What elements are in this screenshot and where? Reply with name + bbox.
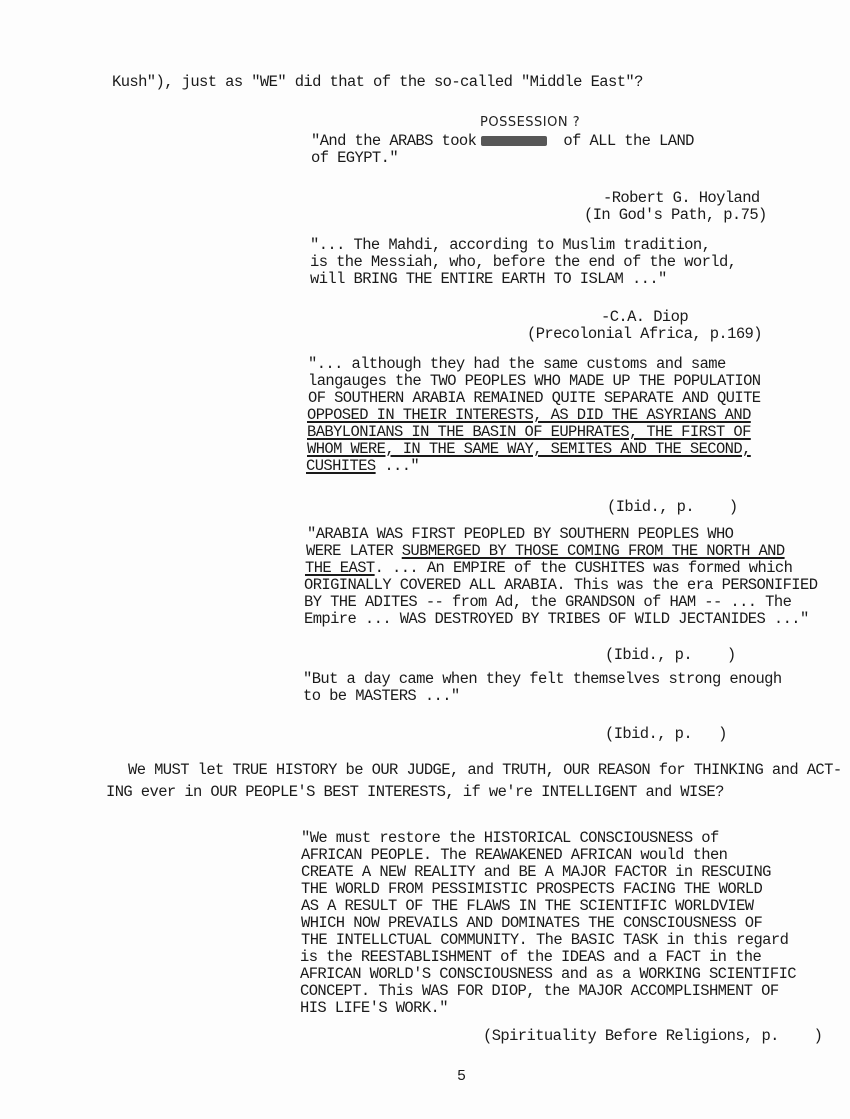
- quote6-line11: HIS LIFE'S WORK.": [300, 1000, 448, 1017]
- page-number: 5: [457, 1068, 466, 1085]
- quote6-line9: AFRICAN WORLD'S CONSCIOUSNESS and as a W…: [300, 966, 796, 983]
- quote2-line3: will BRING THE ENTIRE EARTH TO ISLAM ...…: [310, 271, 667, 288]
- quote3-line1: "... although they had the same customs …: [308, 356, 726, 373]
- quote4-line1: "ARABIA WAS FIRST PEOPLED BY SOUTHERN PE…: [307, 526, 733, 543]
- quote6-line2: AFRICAN PEOPLE. The REAWAKENED AFRICAN w…: [301, 847, 727, 864]
- document-page: Kush"), just as "WE" did that of the so-…: [0, 0, 850, 1119]
- quote4-line3-rest: . ... An EMPIRE of the CUSHITES was form…: [375, 559, 793, 577]
- quote4-line6: Empire ... WAS DESTROYED BY TRIBES OF WI…: [304, 611, 809, 628]
- quote4-source: (Ibid., p. ): [605, 647, 736, 664]
- quote3-line4-underlined: OPPOSED IN THEIR INTERESTS, AS DID THE A…: [307, 407, 751, 424]
- quote4-line4: ORIGINALLY COVERED ALL ARABIA. This was …: [304, 577, 817, 594]
- intro-line: Kush"), just as "WE" did that of the so-…: [112, 74, 643, 91]
- quote6-line4: THE WORLD FROM PESSIMISTIC PROSPECTS FAC…: [301, 881, 762, 898]
- quote2-author: -C.A. Diop: [601, 309, 688, 326]
- quote2-line2: is the Messiah, who, before the end of t…: [310, 254, 736, 271]
- quote3-underlined-word: CUSHITES: [306, 457, 376, 475]
- quote3-line6-underlined: WHOM WERE, IN THE SAME WAY, SEMITES AND …: [307, 441, 751, 458]
- quote6-line6: WHICH NOW PREVAILS AND DOMINATES THE CON…: [301, 915, 762, 932]
- paragraph-line1: We MUST let TRUE HISTORY be OUR JUDGE, a…: [128, 762, 842, 779]
- handwritten-correction: POSSESSION ?: [480, 115, 580, 130]
- quote4-line2: WERE LATER SUBMERGED BY THOSE COMING FRO…: [306, 543, 785, 560]
- quote6-line5: AS A RESULT OF THE FLAWS IN THE SCIENTIF…: [301, 898, 753, 915]
- quote5-line2: to be MASTERS ...": [303, 688, 460, 705]
- quote4-line2-underlined: SUBMERGED BY THOSE COMING FROM THE NORTH…: [402, 542, 785, 560]
- paragraph-line2: ING ever in OUR PEOPLE'S BEST INTERESTS,…: [106, 784, 724, 801]
- quote4-line3-underlined: THE EAST: [305, 559, 375, 577]
- quote3-line5-underlined: BABYLONIANS IN THE BASIN OF EUPHRATES, T…: [307, 424, 751, 441]
- quote1-author: -Robert G. Hoyland: [603, 190, 760, 207]
- quote2-line1: "... The Mahdi, according to Muslim trad…: [310, 237, 710, 254]
- quote1-line1: "And the ARABS took of ALL the LAND: [311, 133, 694, 150]
- quote3-source: (Ibid., p. ): [607, 499, 738, 516]
- quote6-source: (Spirituality Before Religions, p. ): [483, 1028, 822, 1045]
- quote3-ending: ...": [376, 457, 420, 475]
- quote4-line3: THE EAST. ... An EMPIRE of the CUSHITES …: [305, 560, 792, 577]
- quote6-line10: CONCEPT. This WAS FOR DIOP, the MAJOR AC…: [300, 983, 779, 1000]
- quote3-line3: OF SOUTHERN ARABIA REMAINED QUITE SEPARA…: [308, 390, 760, 407]
- quote4-line5: BY THE ADITES -- from Ad, the GRANDSON o…: [304, 594, 791, 611]
- quote5-line1: "But a day came when they felt themselve…: [303, 671, 782, 688]
- quote3-line7: CUSHITES ...": [306, 458, 419, 475]
- quote6-line7: THE INTELLCTUAL COMMUNITY. The BASIC TAS…: [301, 932, 788, 949]
- quote3-line2: langauges the TWO PEOPLES WHO MADE UP TH…: [308, 373, 760, 390]
- quote1-source: (In God's Path, p.75): [584, 207, 767, 224]
- quote6-line1: "We must restore the HISTORICAL CONSCIOU…: [301, 830, 719, 847]
- quote1-line2: of EGYPT.": [311, 150, 398, 167]
- quote6-line3: CREATE A NEW REALITY and BE A MAJOR FACT…: [301, 864, 771, 881]
- quote6-line8: is the REESTABLISHMENT of the IDEAS and …: [300, 949, 761, 966]
- quote4-line2-prefix: WERE LATER: [306, 542, 402, 560]
- quote2-source: (Precolonial Africa, p.169): [527, 326, 762, 343]
- quote5-source: (Ibid., p. ): [605, 726, 727, 743]
